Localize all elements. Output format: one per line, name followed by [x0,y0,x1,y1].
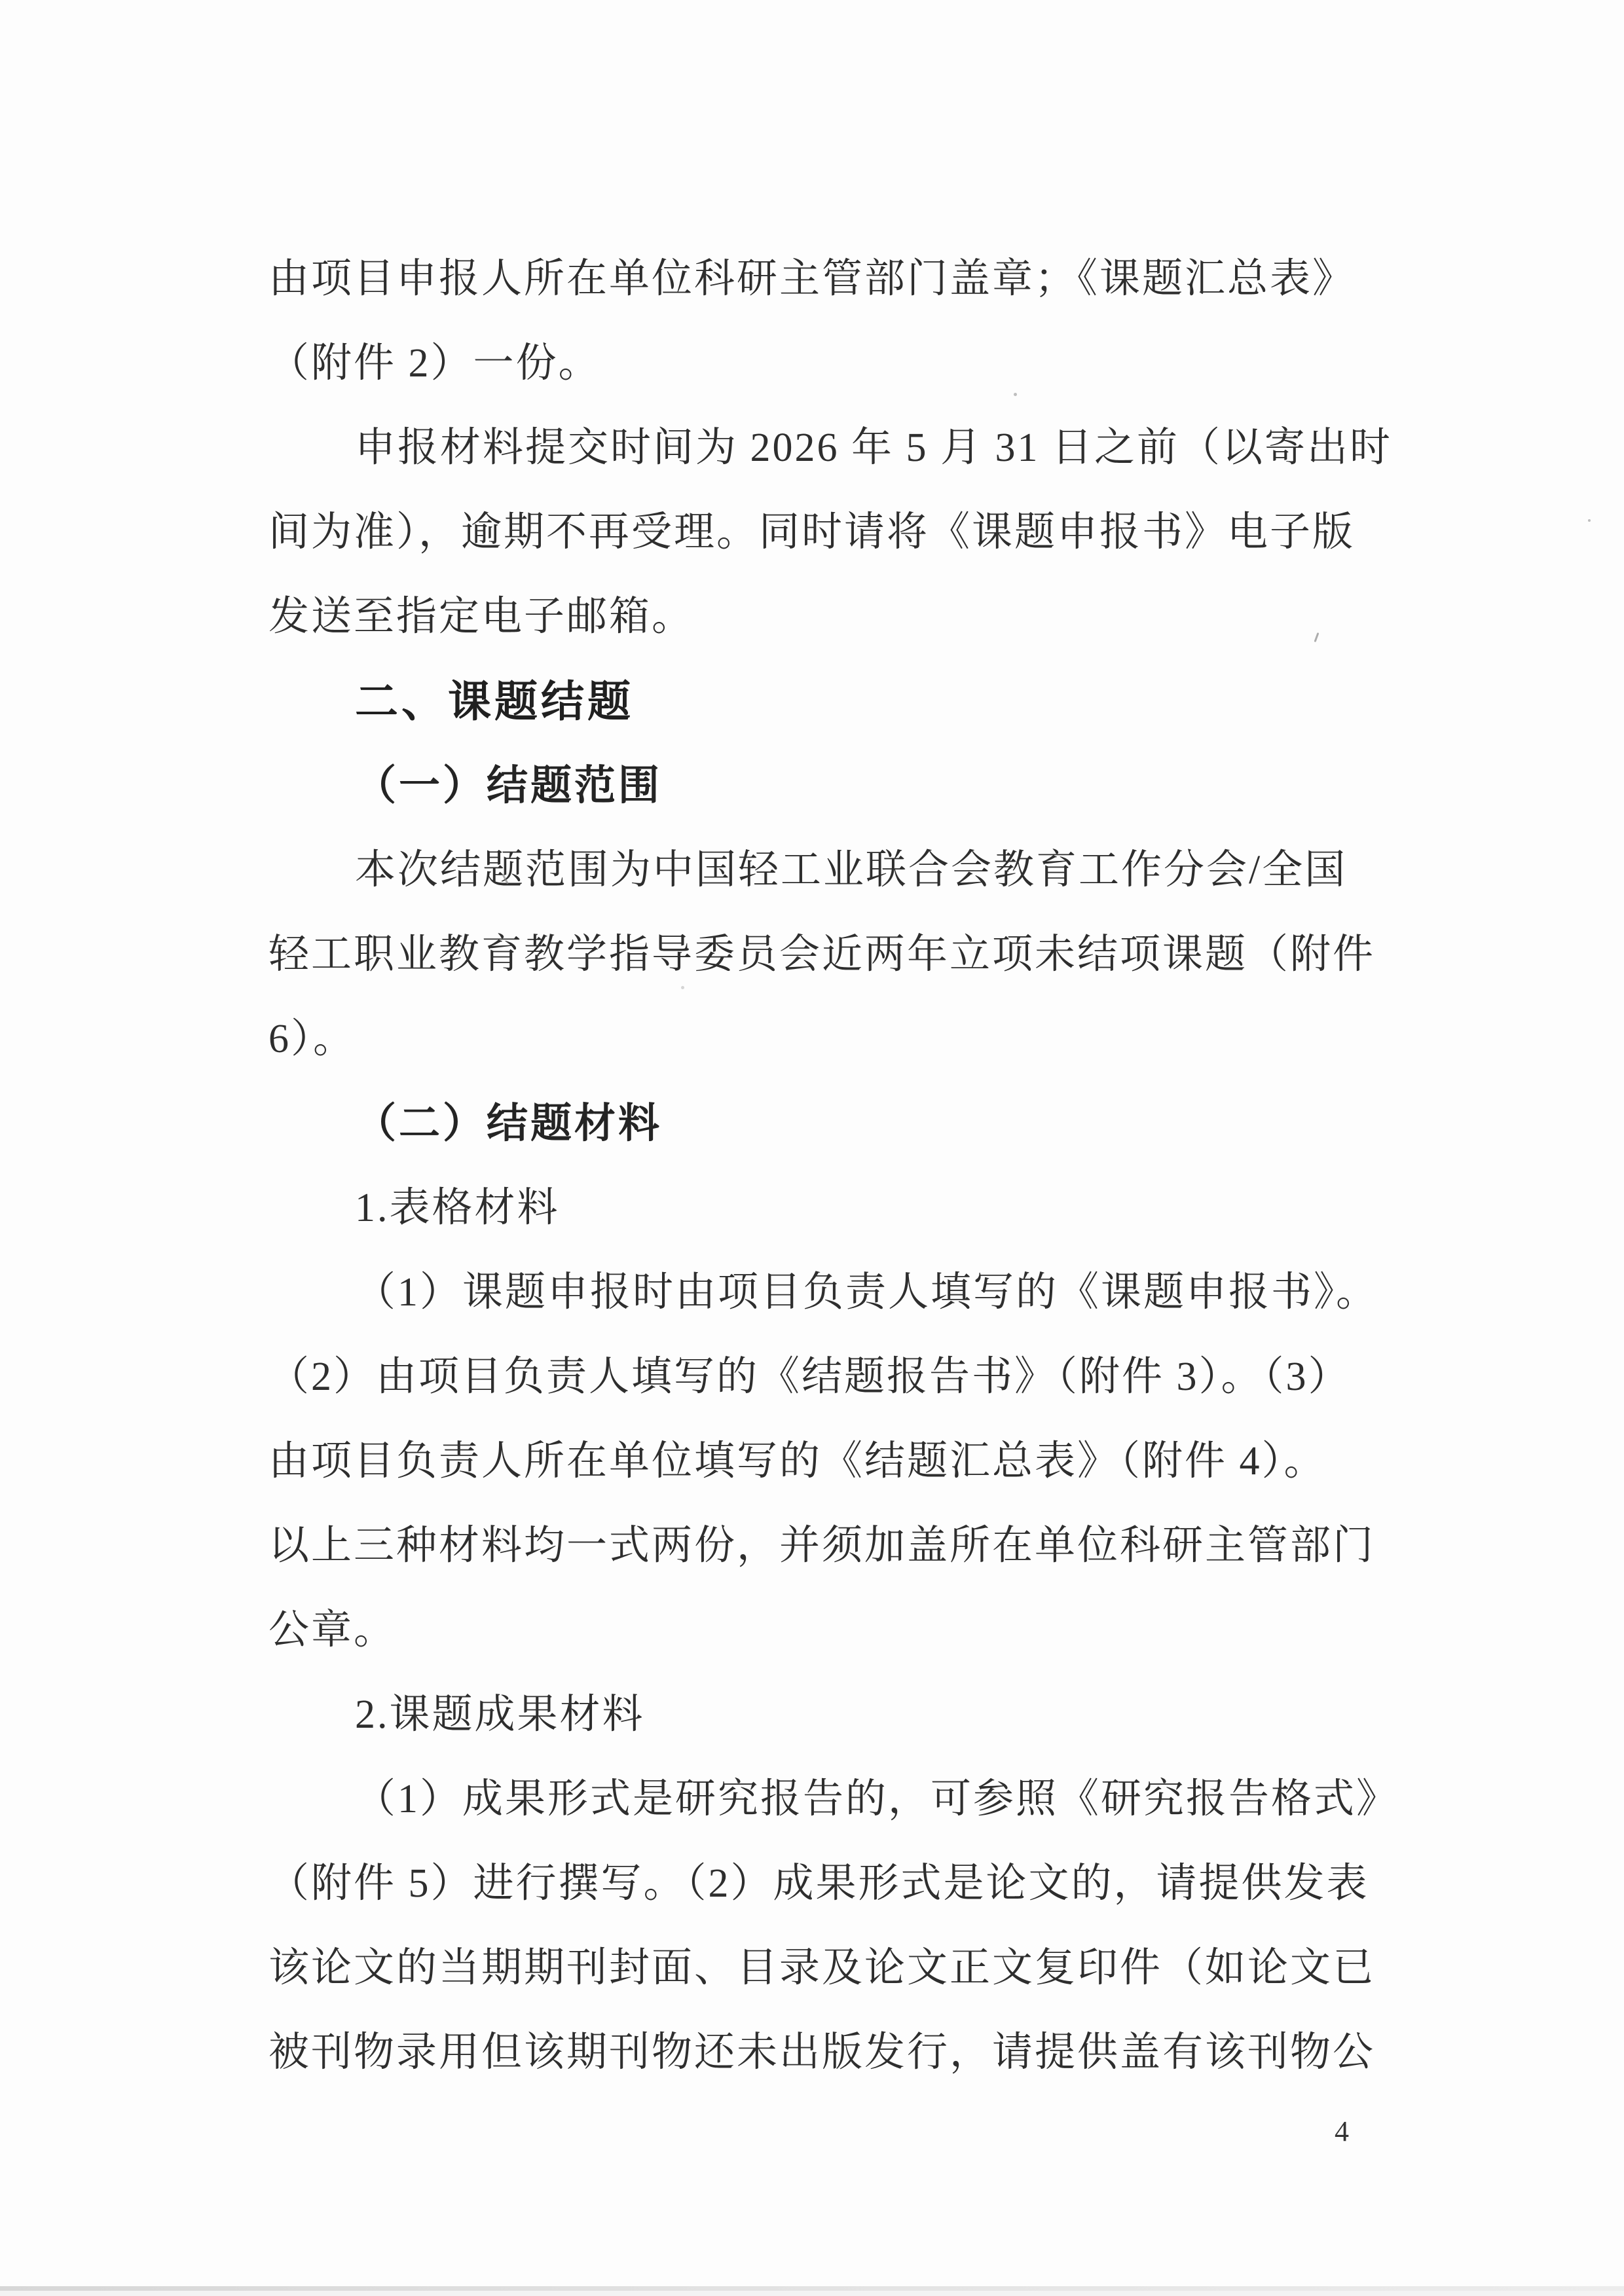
page-number: 4 [1335,2116,1349,2147]
text-line: 由项目负责人所在单位填写的《结题汇总表》（附件 4）。 [268,1419,1447,1504]
scan-speck [1588,519,1591,522]
text-line: 由项目申报人所在单位科研主管部门盖章；《课题汇总表》 [268,237,1447,321]
section-heading: 二、课题结题 [268,659,1447,744]
scan-speck [681,986,684,989]
subsection-heading: （二）结题材料 [268,1082,1447,1166]
text-line: 6）。 [268,997,1447,1082]
text-line: （1）成果形式是研究报告的，可参照《研究报告格式》 [268,1757,1447,1842]
text-line: 公章。 [268,1588,1447,1673]
scan-speck [1014,393,1017,396]
scan-bottom-edge [0,2286,1624,2291]
text-line: 轻工职业教育教学指导委员会近两年立项未结项课题（附件 [268,913,1447,997]
text-line: 2.课题成果材料 [268,1673,1447,1757]
scan-bottom-margin [0,2291,1624,2296]
text-line: 申报材料提交时间为 2026 年 5 月 31 日之前（以寄出时 [268,406,1447,490]
text-line: （附件 2）一份。 [268,321,1447,406]
text-line: 该论文的当期期刊封面、目录及论文正文复印件（如论文已 [268,1926,1447,2011]
text-line: （附件 5）进行撰写。（2）成果形式是论文的，请提供发表 [268,1842,1447,1926]
text-line: 本次结题范围为中国轻工业联合会教育工作分会/全国 [268,828,1447,913]
text-line: （2）由项目负责人填写的《结题报告书》（附件 3）。（3） [268,1335,1447,1419]
text-line: （1）课题申报时由项目负责人填写的《课题申报书》。 [268,1250,1447,1335]
text-line: 被刊物录用但该期刊物还未出版发行，请提供盖有该刊物公 [268,2011,1447,2095]
scanned-document-page: 由项目申报人所在单位科研主管部门盖章；《课题汇总表》 （附件 2）一份。 申报材… [0,0,1624,2296]
text-line: 间为准），逾期不再受理。同时请将《课题申报书》电子版 [268,490,1447,575]
text-line: 以上三种材料均一式两份，并须加盖所在单位科研主管部门 [268,1504,1447,1588]
document-body: 由项目申报人所在单位科研主管部门盖章；《课题汇总表》 （附件 2）一份。 申报材… [268,237,1447,2095]
subsection-heading: （一）结题范围 [268,744,1447,828]
text-line: 发送至指定电子邮箱。 [268,575,1447,659]
text-line: 1.表格材料 [268,1166,1447,1250]
